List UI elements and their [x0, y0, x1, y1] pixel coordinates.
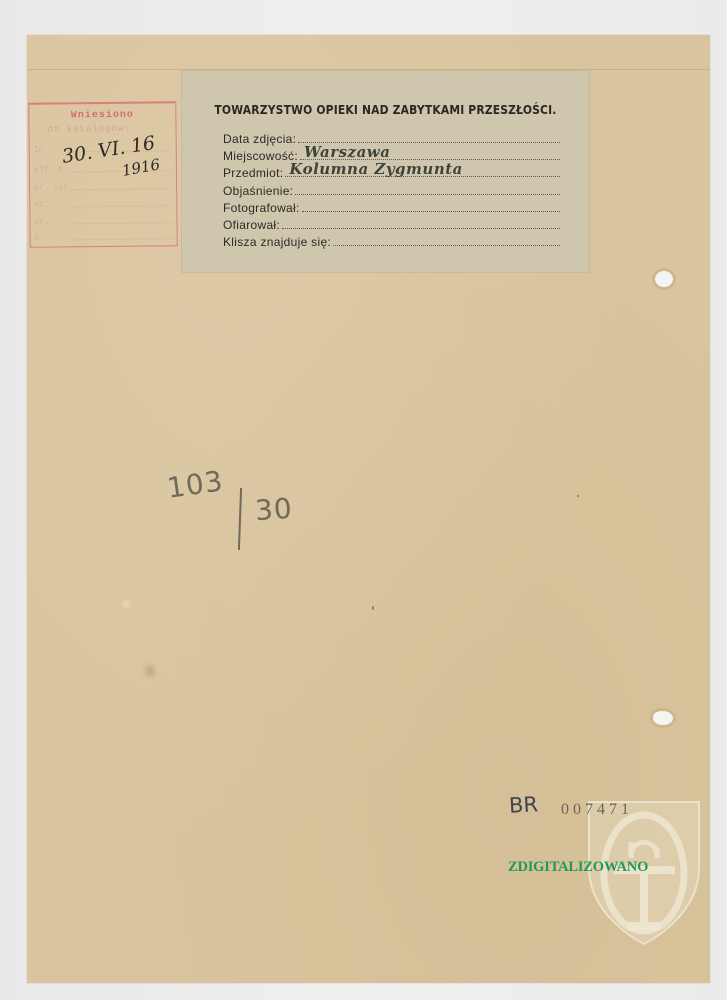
field-label: Ofiarował: [223, 218, 280, 232]
field-photo-date: Data zdjęcia: [223, 129, 560, 146]
speck [372, 606, 374, 610]
society-label: TOWARZYSTWO OPIEKI NAD ZABYTKAMI PRZESZŁ… [181, 70, 590, 273]
stamp-row: st. [34, 194, 172, 209]
smudge [123, 600, 130, 608]
field-donor: Ofiarował: [223, 215, 560, 232]
field-photographer: Fotografował: [223, 198, 560, 215]
field-subject: Przedmiot: Kolumna Zygmunta [223, 163, 560, 180]
inventory-number: 007471 [561, 801, 633, 819]
punch-hole-bottom [653, 711, 673, 725]
digitized-stamp: ZDIGITALIZOWANO [508, 859, 648, 876]
field-value: Kolumna Zygmunta [289, 160, 463, 178]
punch-hole-top [655, 271, 673, 287]
speck [577, 495, 579, 497]
stamp-row-label: st. [34, 201, 48, 210]
field-label: Miejscowość: [223, 149, 298, 163]
stamp-row: pr. ist. [34, 177, 172, 192]
stamp-title: Wniesiono [29, 109, 175, 122]
pencil-divider [238, 488, 242, 550]
stamp-row-label: pr. ist. [34, 183, 72, 192]
stamp-row: k. [35, 227, 173, 242]
catalog-card: Wniesiono do katalogów: In alf. b. pr. i… [27, 35, 710, 983]
stamp-row-label: k. [35, 234, 45, 243]
field-plate-location: Klisza znajduje się: [223, 232, 560, 249]
field-label: Fotografował: [223, 201, 300, 215]
stamp-row-label: pr. [34, 218, 48, 227]
field-label: Przedmiot: [223, 166, 283, 180]
smudge [145, 665, 155, 677]
catalog-entry-stamp: Wniesiono do katalogów: In alf. b. pr. i… [28, 101, 178, 248]
stamp-row-label: In [34, 146, 44, 155]
field-explanation: Objaśnienie: [223, 181, 560, 198]
field-label: Klisza znajduje się: [223, 235, 331, 249]
pencil-note-right: 30 [254, 492, 294, 528]
pencil-note-left: 103 [165, 464, 225, 505]
label-title: TOWARZYSTWO OPIEKI NAD ZABYTKAMI PRZESZŁ… [210, 102, 562, 117]
stamp-row-label: alf. b. [34, 165, 68, 174]
stamp-subtitle: do katalogów: [47, 124, 130, 135]
handwritten-prefix: BR [508, 792, 538, 817]
field-label: Data zdjęcia: [223, 132, 296, 146]
stamp-row: pr. [34, 211, 172, 226]
field-label: Objaśnienie: [223, 184, 293, 198]
field-value: Warszawa [304, 143, 390, 161]
